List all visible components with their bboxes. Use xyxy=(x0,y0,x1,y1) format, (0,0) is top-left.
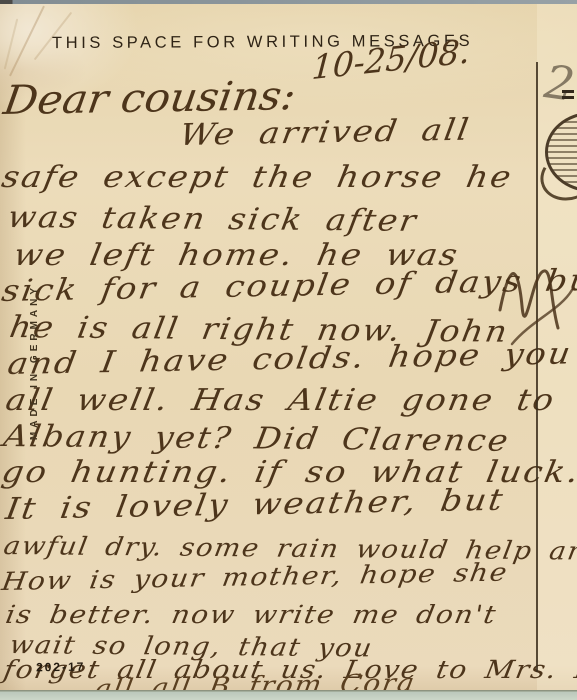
ink-flourish xyxy=(492,248,577,358)
partial-print-mark xyxy=(562,90,574,93)
message-line: safe except the horse he xyxy=(0,160,516,195)
message-line: Albany yet? Did Clarence xyxy=(1,419,512,459)
catalog-number: 202-17 xyxy=(36,660,86,675)
scanner-bed-bottom xyxy=(0,690,577,700)
message-line: How is your mother, hope she xyxy=(0,558,510,596)
paper-crease xyxy=(9,6,45,77)
message-line: is better. now write me don't xyxy=(3,600,499,629)
made-in-germany-imprint: MADE IN GERMANY xyxy=(29,267,43,457)
message-line: We arrived all xyxy=(177,113,473,153)
message-line: was taken sick after xyxy=(5,200,420,239)
message-line: all well. Has Altie gone to xyxy=(3,383,559,418)
scanner-bed-top xyxy=(0,0,577,4)
postcard-scan: THIS SPACE FOR WRITING MESSAGES 10-25/08… xyxy=(0,0,577,700)
address-divider-line xyxy=(536,62,538,672)
